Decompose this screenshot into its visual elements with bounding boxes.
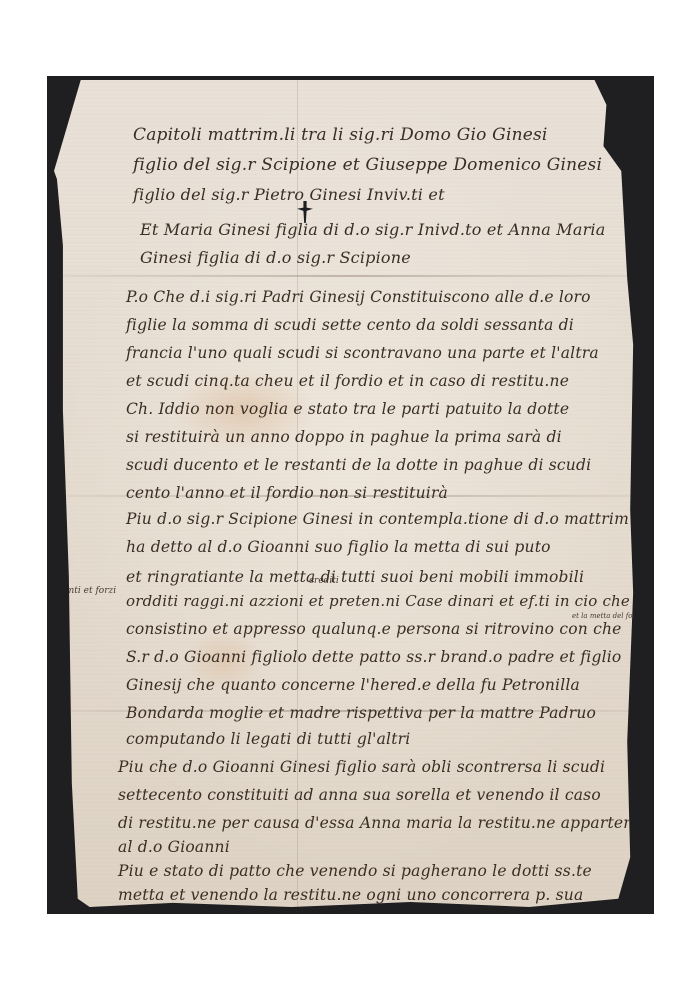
body-line: di restitu.ne per causa d'essa Anna mari…: [118, 814, 653, 832]
manuscript-page: Capitoli mattrim.li tra li sig.ri Domo G…: [54, 80, 648, 907]
title-line-4: Et Maria Ginesi figlia di d.o sig.r Iniv…: [140, 220, 605, 239]
body-line: et scudi cinq.ta cheu et il fordio et in…: [126, 372, 569, 390]
body-line: si restituirà un anno doppo in paghue la…: [126, 428, 562, 446]
body-line: ha detto al d.o Gioanni suo figlio la me…: [126, 538, 551, 556]
title-line-5: Ginesi figlia di d.o sig.r Scipione: [140, 248, 411, 267]
body-line: Bondarda moglie et madre rispettiva per …: [126, 704, 596, 722]
body-line: cento l'anno et il fordio non si restitu…: [126, 484, 448, 502]
body-line: metta et venendo la restitu.ne ogni uno …: [118, 886, 583, 904]
body-line: settecento constituiti ad anna sua sorel…: [118, 786, 601, 804]
title-line-3: figlio del sig.r Pietro Ginesi Inviv.ti …: [133, 185, 445, 204]
paper-fold-line: [54, 275, 648, 277]
body-line: scudi ducento et le restanti de la dotte…: [126, 456, 591, 474]
body-line: et ringratiante la metta di tutti suoi b…: [126, 568, 584, 586]
body-line: computando li legati di tutti gl'altri: [126, 730, 410, 748]
title-line-1: Capitoli mattrim.li tra li sig.ri Domo G…: [133, 125, 548, 145]
body-line: S.r d.o Gioanni figliolo dette patto ss.…: [126, 648, 621, 666]
body-line: Piu e stato di patto che venendo si pagh…: [118, 862, 592, 880]
body-line: ordditi raggi.ni azzioni et preten.ni Ca…: [126, 592, 630, 610]
body-line: Ginesij che quanto concerne l'hered.e de…: [126, 676, 580, 694]
body-line: Piu che d.o Gioanni Ginesi figlio sarà o…: [118, 758, 605, 776]
title-line-2: figlio del sig.r Scipione et Giuseppe Do…: [133, 155, 602, 175]
body-line: francia l'uno quali scudi si scontravano…: [126, 344, 599, 362]
body-line: Piu d.o sig.r Scipione Ginesi in contemp…: [126, 510, 644, 528]
body-line: consistino et appresso qualunq.e persona…: [126, 620, 622, 638]
body-line: figlie la somma di scudi sette cento da …: [126, 316, 574, 334]
body-line: P.o Che d.i sig.ri Padri Ginesij Constit…: [126, 288, 591, 306]
interlinear-note: crediti: [309, 576, 339, 586]
body-line: al d.o Gioanni: [118, 838, 230, 856]
body-line: Ch. Iddio non voglia e stato tra le part…: [126, 400, 569, 418]
